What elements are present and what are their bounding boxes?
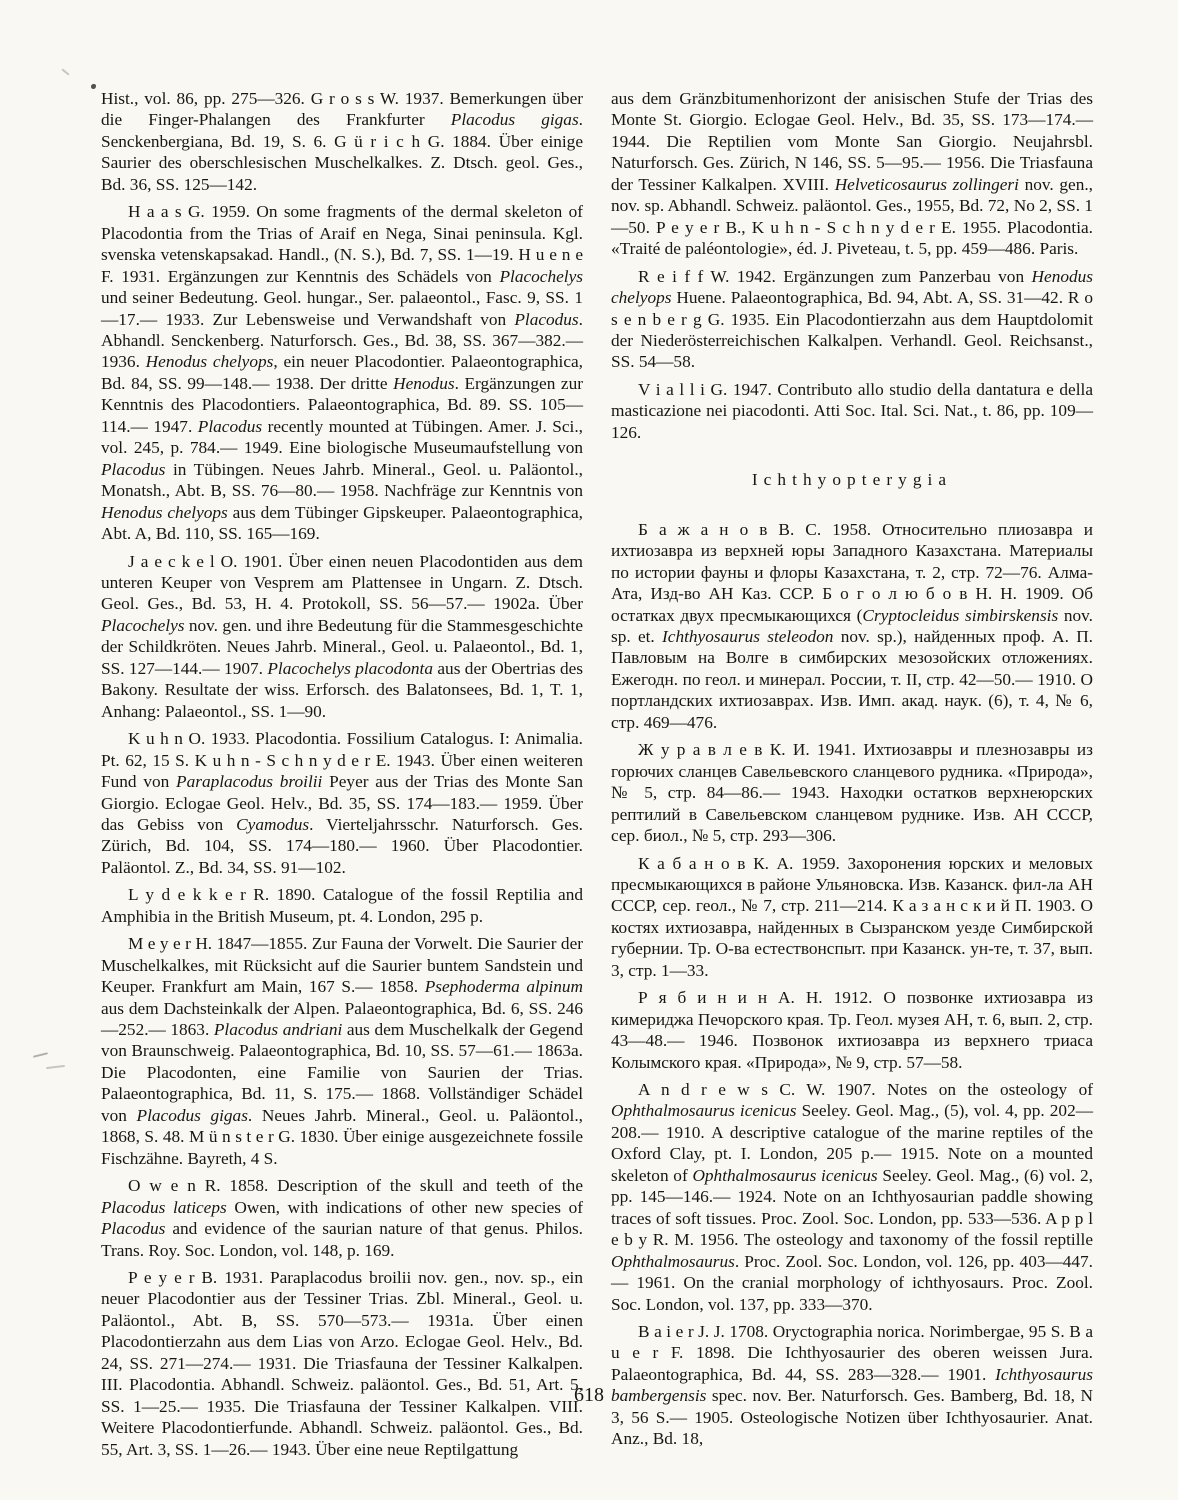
reference-paragraph: H a a s G. 1959. On some fragments of th… [101, 201, 583, 544]
text-segment: in Tübingen. Neues Jahrb. Mineral., Geol… [101, 460, 583, 500]
reference-paragraph: Б а ж а н о в В. С. 1958. Относительно п… [611, 519, 1093, 734]
reference-paragraph: V i a l l i G. 1947. Contributo allo stu… [611, 379, 1093, 443]
text-segment: R e i f f W. 1942. Ergänzungen zum Panze… [638, 267, 1032, 286]
reference-paragraph: Hist., vol. 86, pp. 275—326. G r o s s W… [101, 88, 583, 195]
text-segment: und seiner Bedeutung. Geol. hungar., Ser… [101, 288, 583, 328]
two-column-text-area: Hist., vol. 86, pp. 275—326. G r o s s W… [101, 88, 1093, 1466]
taxon-name-italic: Cryptocleidus simbirskensis [862, 606, 1058, 625]
reference-paragraph: R e i f f W. 1942. Ergänzungen zum Panze… [611, 266, 1093, 373]
text-segment: Р я б и н и н А. Н. 1912. О позвонке ихт… [611, 988, 1093, 1071]
section-heading: Ichthyopterygia [611, 469, 1093, 490]
reference-paragraph: J a e c k e l O. 1901. Über einen neuen … [101, 551, 583, 723]
taxon-name-italic: Henodus chelyops [146, 352, 274, 371]
taxon-name-italic: Helveticosaurus zollingeri [835, 175, 1019, 194]
text-segment: Huene. Palaeontographica, Bd. 94, Abt. A… [611, 288, 1093, 371]
reference-paragraph: К а б а н о в К. А. 1959. Захоронения юр… [611, 853, 1093, 982]
text-segment: К а б а н о в К. А. 1959. Захоронения юр… [611, 854, 1093, 980]
taxon-name-italic: Psephoderma alpinum [425, 977, 583, 996]
text-segment: J a e c k e l O. 1901. Über einen neuen … [101, 552, 583, 614]
page-number: 618 [0, 1384, 1178, 1407]
reference-paragraph: A n d r e w s C. W. 1907. Notes on the o… [611, 1079, 1093, 1315]
taxon-name-italic: Ophthalmosaurus icenicus [692, 1166, 877, 1185]
taxon-name-italic: Cyamodus [236, 815, 309, 834]
taxon-name-italic: Placodus [101, 460, 165, 479]
taxon-name-italic: Placodus gigas [137, 1106, 248, 1125]
taxon-name-italic: Placodus gigas [451, 110, 579, 129]
taxon-name-italic: Ichthyosaurus steleodon [662, 627, 833, 646]
taxon-name-italic: Placodus laticeps [101, 1198, 227, 1217]
taxon-name-italic: Ophthalmosaurus [611, 1252, 735, 1271]
scan-artifact-pencil-mark [46, 1065, 65, 1069]
reference-paragraph: M e y e r H. 1847—1855. Zur Fauna der Vo… [101, 933, 583, 1169]
taxon-name-italic: Henodus [393, 374, 454, 393]
scan-artifact-scratch [61, 68, 69, 75]
scan-artifact-dot [91, 84, 96, 89]
text-segment: L y d e k k e r R. 1890. Catalogue of th… [101, 885, 583, 925]
text-segment: V i a l l i G. 1947. Contributo allo stu… [611, 380, 1093, 442]
right-column: aus dem Gränzbitumenhorizont der anisisc… [611, 88, 1093, 1466]
reference-paragraph: O w e n R. 1858. Description of the skul… [101, 1175, 583, 1261]
text-segment: P e y e r B. 1931. Paraplacodus broilii … [101, 1268, 583, 1459]
taxon-name-italic: Placochelys [500, 267, 584, 286]
text-segment: A n d r e w s C. W. 1907. Notes on the o… [638, 1080, 1093, 1099]
taxon-name-italic: Placodus [514, 310, 578, 329]
reference-paragraph: K u h n O. 1933. Placodontia. Fossilium … [101, 728, 583, 878]
reference-paragraph: Ж у р а в л е в К. И. 1941. Ихтиозавры и… [611, 739, 1093, 846]
taxon-name-italic: Placodus [198, 417, 262, 436]
reference-paragraph: L y d e k k e r R. 1890. Catalogue of th… [101, 884, 583, 927]
taxon-name-italic: Placodus andriani [214, 1020, 342, 1039]
scanned-bibliography-page: Hist., vol. 86, pp. 275—326. G r o s s W… [0, 0, 1178, 1500]
scan-artifact-pencil-mark [33, 1052, 48, 1058]
reference-paragraph: Р я б и н и н А. Н. 1912. О позвонке ихт… [611, 987, 1093, 1073]
text-segment: O w e n R. 1858. Description of the skul… [128, 1176, 583, 1195]
taxon-name-italic: Henodus chelyops [101, 503, 228, 522]
reference-paragraph: P e y e r B. 1931. Paraplacodus broilii … [101, 1267, 583, 1460]
reference-paragraph: aus dem Gränzbitumenhorizont der anisisc… [611, 88, 1093, 260]
taxon-name-italic: Placochelys placodonta [267, 659, 433, 678]
text-segment: and evidence of the saurian nature of th… [101, 1219, 583, 1259]
taxon-name-italic: Placochelys [101, 616, 185, 635]
left-column: Hist., vol. 86, pp. 275—326. G r o s s W… [101, 88, 583, 1466]
taxon-name-italic: Paraplacodus broilii [176, 772, 322, 791]
taxon-name-italic: Placodus [101, 1219, 165, 1238]
text-segment: Owen, with indications of other new spec… [227, 1198, 583, 1217]
taxon-name-italic: Ophthalmosaurus icenicus [611, 1101, 797, 1120]
text-segment: Ж у р а в л е в К. И. 1941. Ихтиозавры и… [611, 740, 1093, 845]
